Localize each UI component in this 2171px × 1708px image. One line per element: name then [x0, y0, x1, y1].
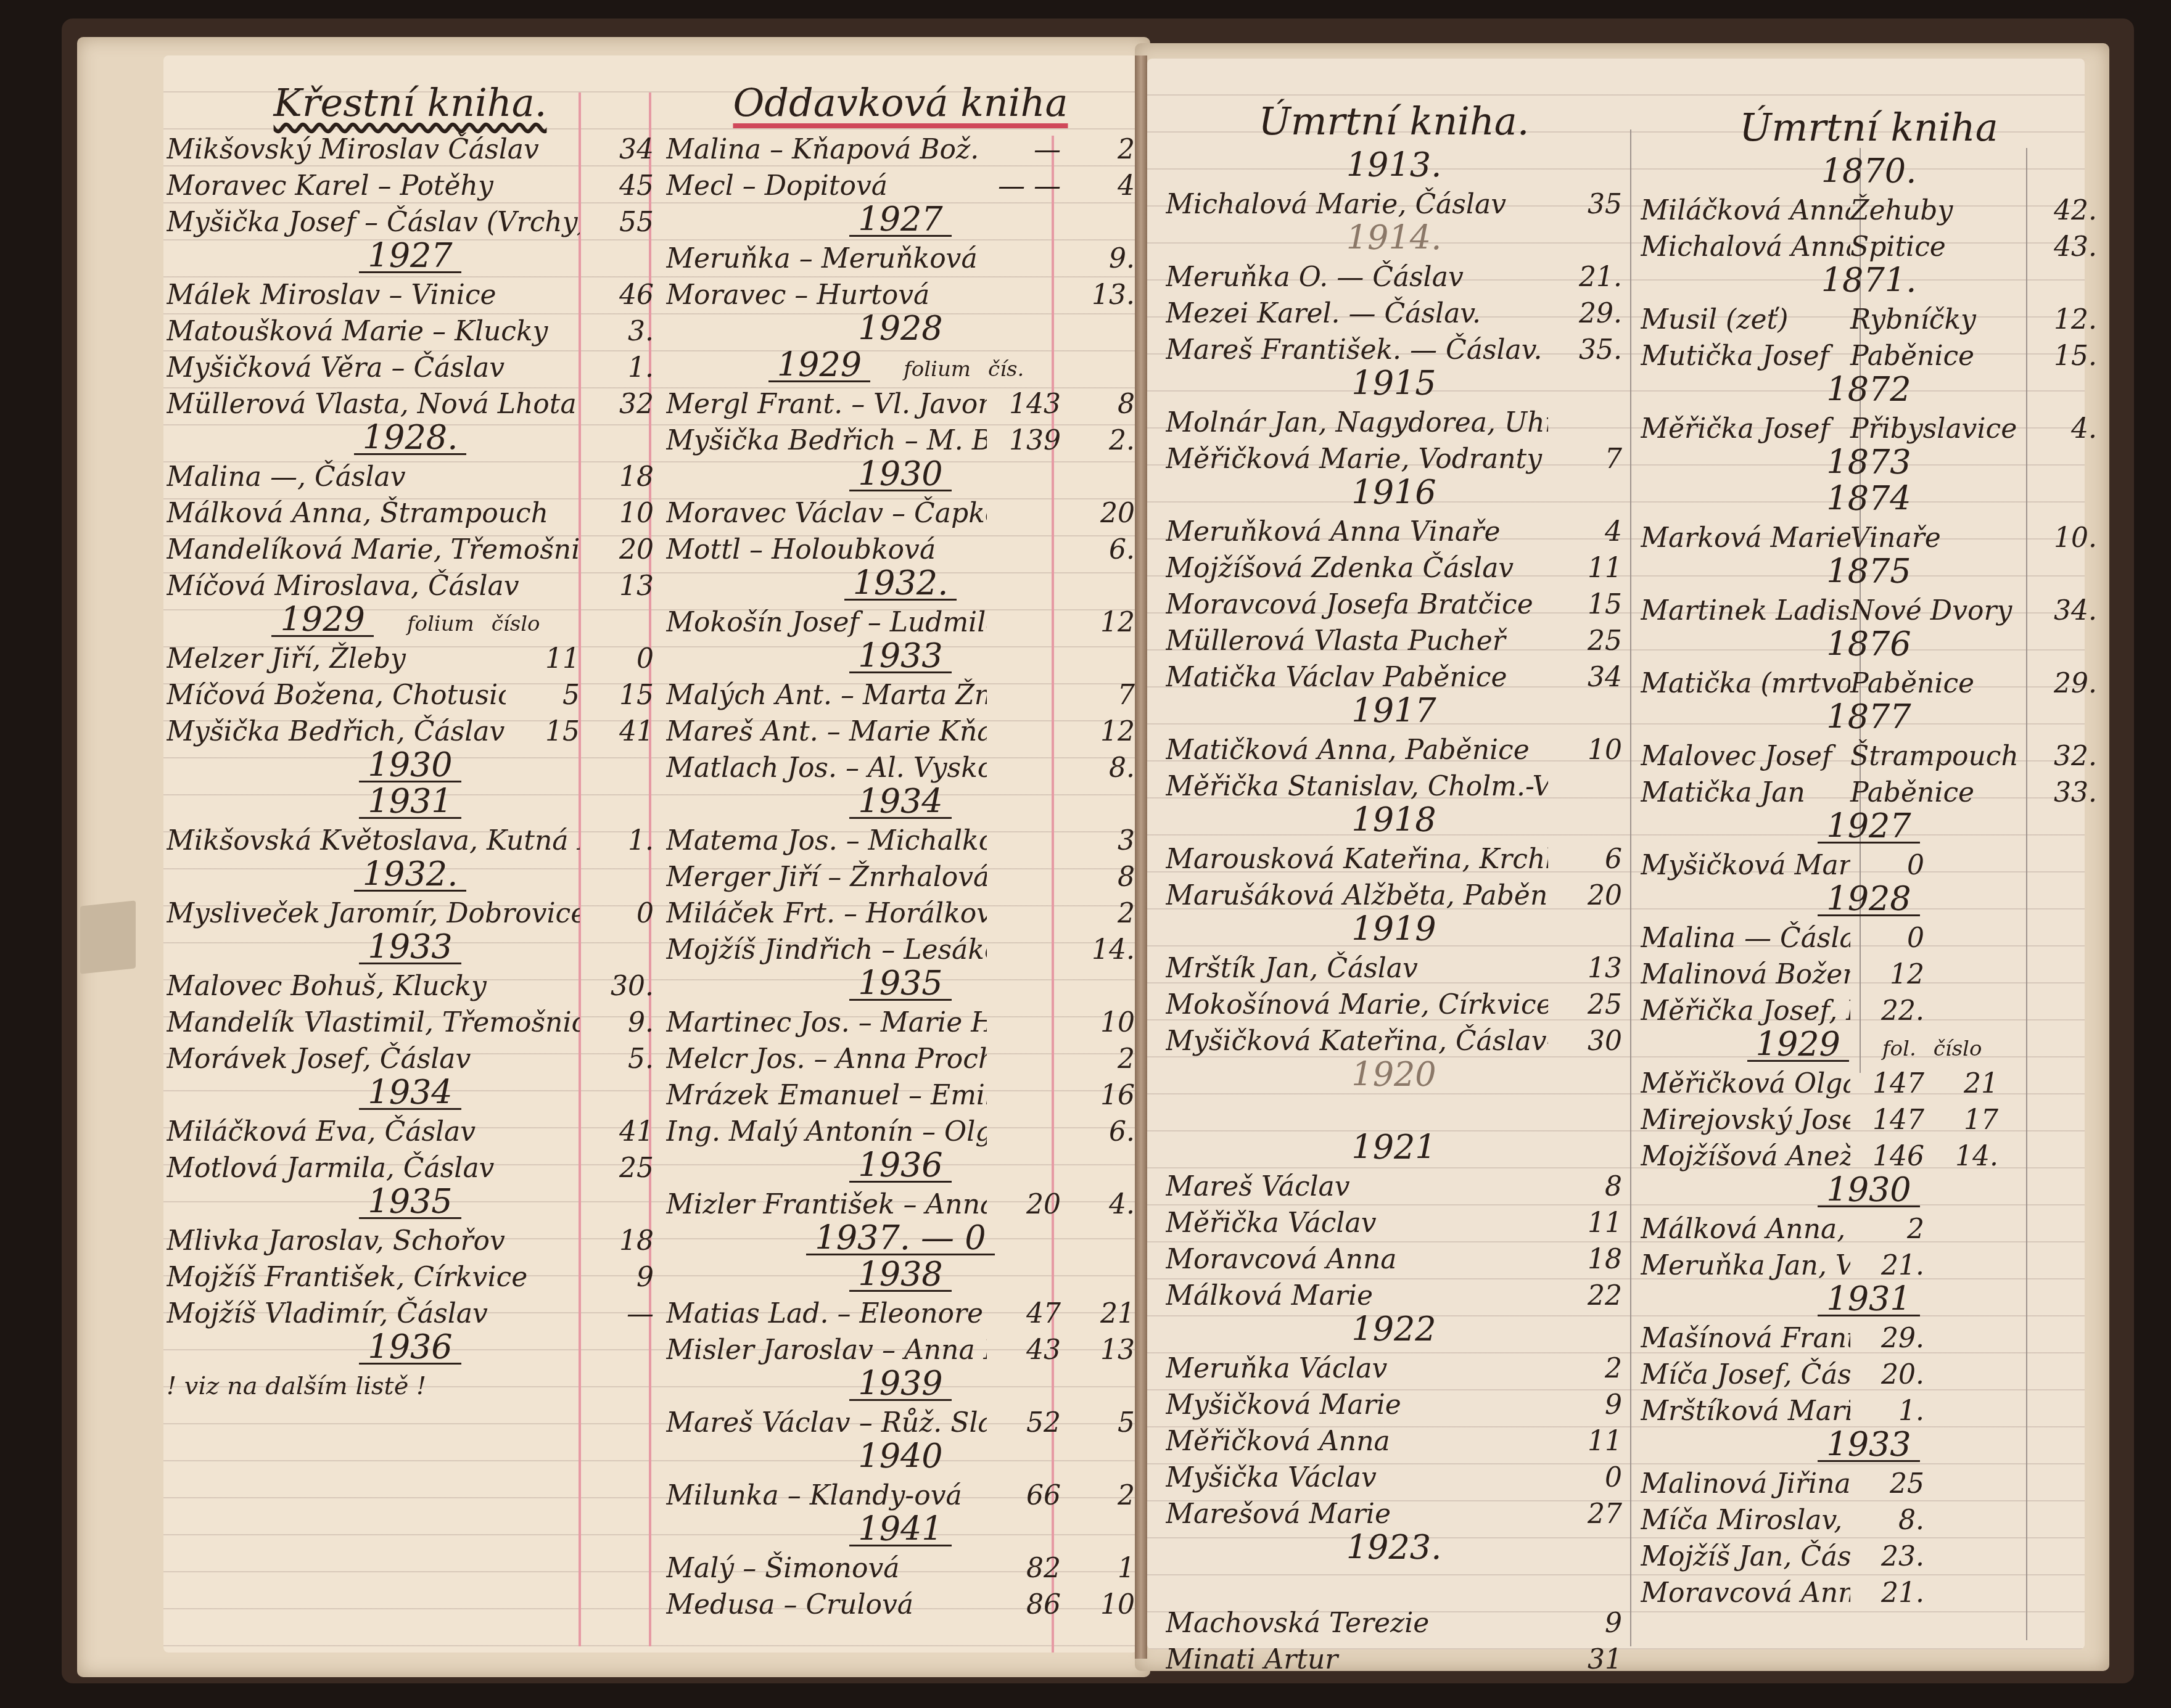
entry-number: 30.	[580, 968, 654, 1004]
register-entry: Mandelíková Marie, Třemošnice20	[167, 532, 654, 568]
entry-number: 2	[1548, 1350, 1622, 1387]
register-entry: Ing. Malý Antonín – Olga Pechačková6.	[666, 1114, 1135, 1150]
entry-number: 8.	[1061, 750, 1135, 786]
year-heading: 1933	[666, 641, 1135, 677]
entry-name: Moravcová Anna, Čáslav	[1641, 1575, 1850, 1611]
register-entry: Mrštík Jan, Čáslav13	[1166, 950, 1622, 987]
entry-number: 18	[1548, 1241, 1622, 1278]
entry-place: Paběnice	[1850, 665, 2023, 702]
register-entry: Machovská Terezie9	[1166, 1605, 1622, 1641]
folio-number: 52	[987, 1405, 1061, 1441]
register-entry: Malina – Kňapová Bož.—2	[666, 131, 1135, 168]
baptism-entries: Mikšovský Miroslav Čáslav34Moravec Karel…	[167, 131, 654, 1405]
register-entry: Málková Anna, Štrampouch10	[167, 495, 654, 532]
entry-number: 7	[1548, 441, 1622, 477]
year-label: 1935	[359, 1186, 461, 1219]
year-label: 1931	[1818, 1284, 1919, 1316]
entry-number: 4.	[1061, 1186, 1135, 1223]
folio-number: 143	[987, 386, 1061, 422]
register-entry: Mergl Frant. – Vl. Javorská1438	[666, 386, 1135, 422]
entry-number: 3	[1061, 823, 1135, 859]
entry-number: 29.	[1548, 295, 1622, 332]
entry-name: Misler Jaroslav – Anna Barešová	[666, 1332, 987, 1368]
entry-name: Mandelík Vlastimil, Třemošnice	[167, 1004, 580, 1041]
entry-number: 9	[1548, 1387, 1622, 1423]
year-heading: 1935	[666, 968, 1135, 1004]
entry-number: 2.	[1061, 422, 1135, 459]
register-entry: Myšička Josef – Čáslav (Vrchy)55	[167, 204, 654, 240]
entry-number: 4	[1548, 514, 1622, 550]
folio-number: 146	[1850, 1138, 1924, 1175]
entry-name: Malý – Šimonová	[666, 1550, 987, 1587]
entry-number: 20.	[1850, 1357, 1924, 1393]
entry-name: Myšička Bedřich – M. Bohatá	[666, 422, 987, 459]
number-header: číslo	[1925, 1033, 1991, 1064]
entry-name: Melcr Jos. – Anna Procházková	[666, 1041, 987, 1077]
folio-number: 66	[987, 1477, 1061, 1514]
entry-number: 12	[1850, 956, 1924, 993]
entry-name: Mareš František. — Čáslav.	[1166, 332, 1548, 368]
entry-name: Minati Artur	[1166, 1641, 1548, 1678]
entry-number: 9	[580, 1259, 654, 1295]
register-entry: Mojžíš František, Církvice9	[167, 1259, 654, 1295]
year-label: 1919	[1343, 914, 1444, 945]
year-label: 1932.	[354, 859, 467, 892]
entry-name: Matlach Jos. – Al. Vyskočilová	[666, 750, 987, 786]
entry-number: 20	[1548, 877, 1622, 914]
entry-number: 0	[1548, 1460, 1622, 1496]
year-label: 1923.	[1338, 1532, 1451, 1563]
entry-number: 34	[580, 131, 654, 168]
entry-number: 5.	[580, 1041, 654, 1077]
entry-name: Meruňka Jan, Vinaře	[1641, 1247, 1850, 1284]
register-entry: Meruňka O. — Čáslav21.	[1166, 259, 1622, 295]
year-heading: 1923.	[1166, 1532, 1622, 1569]
year-label: 1927	[849, 204, 951, 237]
register-entry: Malých Ant. – Marta Žnrhalová7	[666, 677, 1135, 713]
entry-number: 12	[1061, 604, 1135, 641]
entry-name: Malovec Bohuš, Klucky	[167, 968, 580, 1004]
register-entry: Moravcová Anna18	[1166, 1241, 1622, 1278]
entry-name: Mokošínová Marie, Církvice	[1166, 987, 1548, 1023]
register-entry: Měřička Stanislav, Cholm.-Vodranty, sine	[1166, 768, 1622, 805]
register-entry: Milunka – Klandy-ová662	[666, 1477, 1135, 1514]
entry-name: Měřičková Anna	[1166, 1423, 1548, 1460]
entry-name: Meruňková Anna Vinaře	[1166, 514, 1548, 550]
register-entry: Mecl – Dopitová— —4	[666, 168, 1135, 204]
column-rule	[1630, 129, 1631, 1646]
register-entry: Mojžíšová Anežka – Čáslav14614.	[1641, 1138, 2097, 1175]
entry-name: Ing. Malý Antonín – Olga Pechačková	[666, 1114, 987, 1150]
year-label: 1917	[1343, 696, 1444, 726]
year-heading: 1928	[1641, 884, 2097, 920]
register-entry: Moravcová Anna, Čáslav21.	[1641, 1575, 2097, 1611]
register-entry: Malinová Božena, Žleby12	[1641, 956, 2097, 993]
cross-reference-note: ! viz na dalším listě !	[167, 1368, 654, 1405]
register-entry: Míčová Miroslava, Čáslav13	[167, 568, 654, 604]
entry-name: Medusa – Crulová	[666, 1587, 987, 1623]
entry-number: 46	[580, 277, 654, 313]
entry-number: 25	[1548, 623, 1622, 659]
register-entry: Müllerová Vlasta, Nová Lhota32	[167, 386, 654, 422]
blank-line	[1166, 1569, 1622, 1605]
entry-name: Matička (mrtvorozený)	[1641, 665, 1850, 702]
register-entry: Mysliveček Jaromír, Dobrovice fol. 610	[167, 895, 654, 932]
entry-name: Mikšovský Miroslav Čáslav	[167, 131, 580, 168]
year-heading: 1927	[1641, 811, 2097, 847]
entry-number: 34.	[2023, 593, 2097, 629]
entry-number: 27	[1548, 1496, 1622, 1532]
year-label: 1933	[849, 641, 951, 673]
entry-number: 35.	[1548, 332, 1622, 368]
year-label: 1936	[359, 1332, 461, 1365]
register-entry: Malinová Jiřina, Žleby25	[1641, 1466, 2097, 1502]
year-label: 1939	[849, 1368, 951, 1401]
register-entry: Mareš Václav8	[1166, 1168, 1622, 1205]
entry-place: Rybníčky	[1850, 302, 2023, 338]
entry-number: 1	[1061, 1550, 1135, 1587]
marriage-book-title: Oddavková kniha	[666, 80, 1135, 125]
year-label: 1872	[1818, 374, 1919, 405]
entry-name: Martinek Ladislav	[1641, 593, 1850, 629]
entry-name: Měřička Josef	[1641, 411, 1850, 447]
register-entry: Medusa – Crulová8610	[666, 1587, 1135, 1623]
entry-number: 2	[1061, 895, 1135, 932]
entry-name: Měřičková Marie, Vodranty	[1166, 441, 1548, 477]
folio-number: 15	[506, 713, 580, 750]
register-entry: Malý – Šimonová821	[666, 1550, 1135, 1587]
entry-name: Mojžíš Jan, Čáslav	[1641, 1538, 1850, 1575]
year-heading: 1916	[1166, 477, 1622, 514]
entry-number: 10	[1061, 1004, 1135, 1041]
entry-place: Žehuby	[1850, 192, 2023, 229]
entry-name: Michalová Anna	[1641, 229, 1850, 265]
entry-name: Měřičková Olga – Vodranty	[1641, 1065, 1850, 1102]
year-label: 1870.	[1813, 156, 1926, 187]
register-entry: Myšičková Marie, Čáslav0	[1641, 847, 2097, 884]
register-entry: Málková Marie22	[1166, 1278, 1622, 1314]
entry-number: 13.	[1061, 277, 1135, 313]
entry-number: 2	[1850, 1211, 1924, 1247]
entry-number: 0	[1850, 920, 1924, 956]
register-entry: Moravec – Hurtová13.	[666, 277, 1135, 313]
entry-name: Machovská Terezie	[1166, 1605, 1548, 1641]
entry-name: Měřička Josef, Drobovice	[1641, 993, 1850, 1029]
year-label: 1920	[1343, 1059, 1444, 1090]
entry-name: Melzer Jiří, Žleby	[167, 641, 506, 677]
entry-number: 1.	[1850, 1393, 1924, 1429]
register-entry: Mokošínová Marie, Církvice25	[1166, 987, 1622, 1023]
entry-name: Matička Jan	[1641, 774, 1850, 811]
index-tab	[80, 900, 136, 974]
entry-name: Myšičková Marie, Čáslav	[1641, 847, 1850, 884]
entry-number: 10	[1061, 1587, 1135, 1623]
register-entry: Meruňka – Meruňková9.	[666, 240, 1135, 277]
register-entry: Minati Artur31	[1166, 1641, 1622, 1678]
entry-number: 1.	[580, 350, 654, 386]
entry-place: Vinaře	[1850, 520, 2023, 556]
year-heading: 1930	[167, 750, 654, 786]
register-entry: Mandelík Vlastimil, Třemošnice9.	[167, 1004, 654, 1041]
entry-number: 25	[1548, 987, 1622, 1023]
year-heading: 1936	[167, 1332, 654, 1368]
register-entry: Mirejovský Josef – Čáslav14717	[1641, 1102, 2097, 1138]
entry-name: Matema Jos. – Michalková Anna	[666, 823, 987, 859]
register-entry: Melcr Jos. – Anna Procházková2	[666, 1041, 1135, 1077]
entry-number: 34	[1548, 659, 1622, 696]
year-heading: 1941	[666, 1514, 1135, 1550]
year-heading: 1931	[167, 786, 654, 823]
register-entry: Matička (mrtvorozený)Paběnice29.	[1641, 665, 2097, 702]
year-label: 1938	[849, 1259, 951, 1292]
register-entry: Motlová Jarmila, Čáslav25	[167, 1150, 654, 1186]
entry-number: 6.	[1061, 1114, 1135, 1150]
register-entry: Malovec Bohuš, Klucky30.	[167, 968, 654, 1004]
year-heading: 1929fol.číslo	[1641, 1029, 2097, 1065]
folio-number: 82	[987, 1550, 1061, 1587]
year-label: 1930	[359, 750, 461, 782]
year-heading: 1930	[1641, 1175, 2097, 1211]
register-entry: Meruňka Václav2	[1166, 1350, 1622, 1387]
entry-number: 10	[580, 495, 654, 532]
entry-name: Moravcová Anna	[1166, 1241, 1548, 1278]
folio-number: 5	[506, 677, 580, 713]
folio-number: 139	[987, 422, 1061, 459]
entry-number: 8	[1061, 386, 1135, 422]
register-entry: Mezei Karel. — Čáslav.29.	[1166, 295, 1622, 332]
entry-number: 35	[1548, 186, 1622, 223]
year-label: 1929	[271, 604, 373, 637]
year-label: 1934	[849, 786, 951, 819]
year-heading: 1927	[666, 204, 1135, 240]
entry-name: Mojžíšová Zdenka Čáslav	[1166, 550, 1548, 586]
entry-name: Milunka – Klandy-ová	[666, 1477, 987, 1514]
entry-number: 14.	[1061, 932, 1135, 968]
year-heading: 1921	[1166, 1132, 1622, 1168]
entry-name: Mergl Frant. – Vl. Javorská	[666, 386, 987, 422]
register-entry: Matička JanPaběnice33.	[1641, 774, 2097, 811]
entry-name: Měřička Václav	[1166, 1205, 1548, 1241]
register-entry: Michalová AnnaSpitice43.	[1641, 229, 2097, 265]
entry-name: Malina – Kňapová Bož.	[666, 131, 987, 168]
entry-name: Mareš Ant. – Marie Kňapová	[666, 713, 987, 750]
entry-name: Málek Miroslav – Vinice	[167, 277, 580, 313]
year-label: 1934	[359, 1077, 461, 1110]
register-entry: Marušáková Alžběta, Paběnice20	[1166, 877, 1622, 914]
entry-number: 25	[580, 1150, 654, 1186]
register-entry: Molnár Jan, Nagydorea, Uhry	[1166, 404, 1622, 441]
entry-number: 21	[1061, 1295, 1135, 1332]
entry-name: Mandelíková Marie, Třemošnice	[167, 532, 580, 568]
year-heading: 1930	[666, 459, 1135, 495]
entry-name: Malina —, Čáslav	[167, 459, 580, 495]
entry-name: Mirejovský Josef – Čáslav	[1641, 1102, 1850, 1138]
marriage-entries: Malina – Kňapová Bož.—2Mecl – Dopitová— …	[666, 131, 1135, 1623]
entry-number: 11	[1548, 1205, 1622, 1241]
entry-number: 18	[580, 459, 654, 495]
register-entry: Matoušková Marie – Klucky3.	[167, 313, 654, 350]
folio-number: 11	[506, 641, 580, 677]
register-entry: Meruňková Anna Vinaře4	[1166, 514, 1622, 550]
year-label: 1927	[1818, 811, 1919, 844]
register-entry: Melzer Jiří, Žleby110	[167, 641, 654, 677]
register-entry: Martinek LadislavNové Dvory34.	[1641, 593, 2097, 629]
entry-number: 22.	[1850, 993, 1924, 1029]
baptism-book-title: Křestní kniha.	[167, 80, 654, 125]
register-entry: Müllerová Vlasta Pucheř25	[1166, 623, 1622, 659]
entry-name: Mareš Václav	[1166, 1168, 1548, 1205]
entry-number: 9.	[580, 1004, 654, 1041]
entry-number: 10.	[2023, 520, 2097, 556]
entry-name: Mareš Václav – Růž. Slavětínská	[666, 1405, 987, 1441]
entry-number: 12	[1061, 713, 1135, 750]
register-entry: Marková MarieVinaře10.	[1641, 520, 2097, 556]
entry-name: Myšičková Kateřina, Čáslav-Vrchy	[1166, 1023, 1548, 1059]
entry-number: 41	[580, 713, 654, 750]
entry-number: 9	[1548, 1605, 1622, 1641]
entry-name: Málková Anna, Čáslav (Horka)	[1641, 1211, 1850, 1247]
register-entry: Myšičková Marie9	[1166, 1387, 1622, 1423]
entry-name: Motlová Jarmila, Čáslav	[167, 1150, 580, 1186]
year-label: 1937. — 0	[806, 1223, 994, 1255]
marriage-book-column: Oddavková kniha Malina – Kňapová Bož.—2M…	[666, 80, 1135, 1623]
register-entry: Malina —, Čáslav18	[167, 459, 654, 495]
year-label: 1931	[359, 786, 461, 819]
entry-name: Moravec – Hurtová	[666, 277, 987, 313]
entry-name: Marušáková Alžběta, Paběnice	[1166, 877, 1548, 914]
year-heading: 1932.	[666, 568, 1135, 604]
register-entry: Musil (zeť)Rybníčky12.	[1641, 302, 2097, 338]
entry-number: 33.	[2023, 774, 2097, 811]
entry-number: 13	[1061, 1332, 1135, 1368]
year-heading: 1932.	[167, 859, 654, 895]
entry-number: 15	[580, 677, 654, 713]
death-book-1870-column: Úmrtní kniha 1870.Miláčková AnnaŽehuby42…	[1641, 105, 2097, 1611]
register-entry: Michalová Marie, Čáslav35	[1166, 186, 1622, 223]
entry-name: Mikšovská Květoslava, Kutná Hora	[167, 823, 580, 859]
entry-name: Měřička Stanislav, Cholm.-Vodranty, sine	[1166, 768, 1548, 805]
death-1870-entries: 1870.Miláčková AnnaŽehuby42.Michalová An…	[1641, 156, 2097, 1611]
entry-place: Štrampouch	[1850, 738, 2023, 774]
death-book-1913-column: Úmrtní kniha. 1913.Michalová Marie, Čásl…	[1166, 99, 1622, 1678]
entry-name: Myšička Bedřich, Čáslav	[167, 713, 506, 750]
folio-header: fol.	[1874, 1033, 1925, 1064]
register-entry: Mašínová Františka, Čáslav29.	[1641, 1320, 2097, 1357]
year-label: 1941	[849, 1514, 951, 1546]
register-entry: Málková Anna, Čáslav (Horka)2	[1641, 1211, 2097, 1247]
entry-name: Mojžíš Jindřich – Lesáková Božena	[666, 932, 987, 968]
entry-number: 21.	[1548, 259, 1622, 295]
entry-name: Míčová Miroslava, Čáslav	[167, 568, 580, 604]
entry-number: 45	[580, 168, 654, 204]
register-entry: Měřička Josef, Drobovice22.	[1641, 993, 2097, 1029]
year-label: 1932.	[844, 568, 957, 601]
entry-number: 11	[1548, 1423, 1622, 1460]
year-heading: 1928	[666, 313, 1135, 350]
entry-number: 5	[1061, 1405, 1135, 1441]
entry-number: 29.	[2023, 665, 2097, 702]
entry-name: Miláčková Eva, Čáslav	[167, 1114, 580, 1150]
entry-number: 25	[1850, 1466, 1924, 1502]
entry-number: 8	[1061, 859, 1135, 895]
entry-name: Mojžíš František, Církvice	[167, 1259, 580, 1295]
year-heading: 1929foliumčís.	[666, 350, 1135, 386]
year-heading: 1920	[1166, 1059, 1622, 1096]
year-heading: 1938	[666, 1259, 1135, 1295]
entry-number: 30	[1548, 1023, 1622, 1059]
entry-number: 12.	[2023, 302, 2097, 338]
entry-number: 4	[1061, 168, 1135, 204]
year-heading: 1933	[167, 932, 654, 968]
year-heading: 1922	[1166, 1314, 1622, 1350]
year-heading: 1917	[1166, 696, 1622, 732]
folio-number: —	[987, 131, 1061, 168]
entry-number: 6	[1548, 841, 1622, 877]
register-entry: Měřičková Anna11	[1166, 1423, 1622, 1460]
entry-number: —	[580, 1295, 654, 1332]
entry-name: Míčová Božena, Chotusice	[167, 677, 506, 713]
entry-name: Moravec Karel – Potěhy	[167, 168, 580, 204]
entry-place: Paběnice	[1850, 338, 2023, 374]
year-label: 1929	[1747, 1029, 1849, 1062]
entry-number: 32.	[2023, 738, 2097, 774]
entry-number: 41	[580, 1114, 654, 1150]
entry-number: 2	[1061, 1477, 1135, 1514]
register-entry: Matias Lad. – Eleonore Deylová4721	[666, 1295, 1135, 1332]
entry-number: 23.	[1850, 1538, 1924, 1575]
year-heading: 1929foliumčíslo	[167, 604, 654, 641]
year-label: 1922	[1343, 1314, 1444, 1345]
register-entry: Matičková Anna, Paběnice10	[1166, 732, 1622, 768]
year-heading: 1940	[666, 1441, 1135, 1477]
entry-name: Martinec Jos. – Marie Havelková	[666, 1004, 987, 1041]
entry-name: Myšičková Věra – Čáslav	[167, 350, 580, 386]
year-label: 1927	[359, 240, 461, 273]
year-heading: 1935	[167, 1186, 654, 1223]
entry-number: 22	[1548, 1278, 1622, 1314]
register-entry: Mrázek Emanuel – Emilie Kačerová16	[666, 1077, 1135, 1114]
year-label: 1875	[1818, 556, 1919, 587]
year-label: 1936	[849, 1150, 951, 1183]
entry-number: 42.	[2023, 192, 2097, 229]
register-entry: Mokošín Josef – Ludmila Široká12	[666, 604, 1135, 641]
register-entry: Moravcová Josefa Bratčice15	[1166, 586, 1622, 623]
register-entry: Moravec Václav – Čapková M.20	[666, 495, 1135, 532]
year-heading: 1871.	[1641, 265, 2097, 302]
entry-number: 9.	[1061, 240, 1135, 277]
year-heading: 1915	[1166, 368, 1622, 404]
year-heading: 1870.	[1641, 156, 2097, 192]
register-entry: Mojžíš Jan, Čáslav23.	[1641, 1538, 2097, 1575]
number-header: číslo	[483, 609, 549, 639]
entry-number: 32	[580, 386, 654, 422]
folio-header: folium	[398, 609, 483, 639]
year-heading: 1873	[1641, 447, 2097, 483]
entry-name: Marešová Marie	[1166, 1496, 1548, 1532]
year-heading: 1872	[1641, 374, 2097, 411]
entry-name: Meruňka Václav	[1166, 1350, 1548, 1387]
year-label: 1876	[1818, 629, 1919, 660]
register-entry: Měřička Václav11	[1166, 1205, 1622, 1241]
entry-name: Mezei Karel. — Čáslav.	[1166, 295, 1548, 332]
entry-name: Myšičková Marie	[1166, 1387, 1548, 1423]
register-entry: Malina — Čáslav0	[1641, 920, 2097, 956]
register-entry: Míča Josef, Čáslav20.	[1641, 1357, 2097, 1393]
entry-name: Malina — Čáslav	[1641, 920, 1850, 956]
register-entry: Myšička Bedřich, Čáslav1541	[167, 713, 654, 750]
year-label: 1914.	[1338, 223, 1451, 253]
register-entry: Miláčková AnnaŽehuby42.	[1641, 192, 2097, 229]
